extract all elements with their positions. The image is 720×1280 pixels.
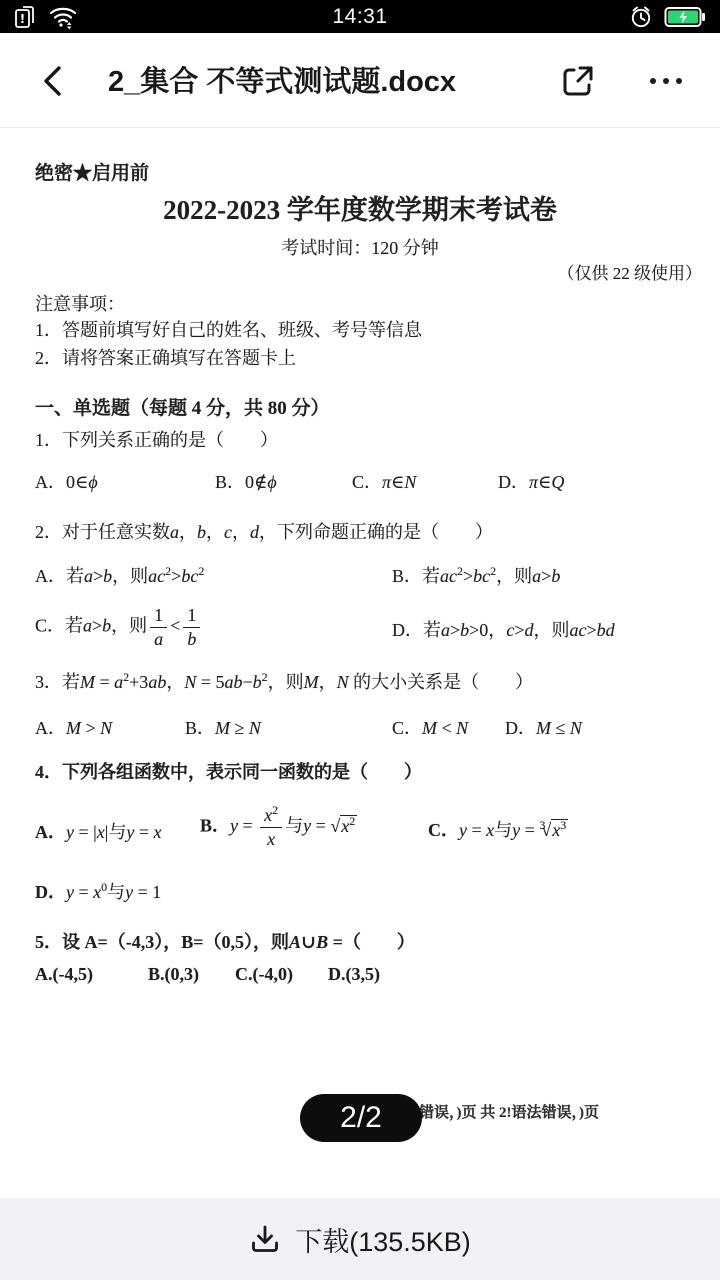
notice-item-1: 1．答题前填写好自己的姓名、班级、考号等信息 — [35, 316, 422, 342]
q3-option-b: B．M ≥ N — [185, 714, 261, 740]
more-dot — [650, 78, 656, 84]
status-time: 14:31 — [0, 5, 720, 29]
download-button[interactable]: 下载(135.5KB) — [0, 1198, 720, 1280]
q2-stem: 2．对于任意实数a，b，c，d，下列命题正确的是（ ） — [35, 518, 493, 544]
q4-stem: 4．下列各组函数中，表示同一函数的是（ ） — [35, 758, 422, 784]
screen: ! 14:31 — [0, 0, 720, 1280]
more-dot — [676, 78, 682, 84]
q4-option-c: C．y = x与y = 3√x3 — [428, 816, 568, 842]
q1-stem: 1．下列关系正确的是（ ） — [35, 426, 278, 452]
q2-option-d: D．若a>b>0，c>d，则ac>bd — [392, 616, 615, 642]
q5-option-b: B.(0,3) — [148, 964, 199, 985]
section-heading: 一、单选题（每题 4 分，共 80 分） — [35, 393, 330, 420]
q2-option-c: C．若a>b，则1a<1b — [35, 606, 203, 649]
q3-option-c: C．M < N — [392, 714, 468, 740]
q1-option-a: A．0∈ϕ — [35, 468, 98, 494]
download-icon — [249, 1223, 281, 1255]
more-options-button[interactable] — [642, 63, 690, 99]
q4-option-b: B．y = x2x与y = √x2 — [200, 806, 357, 849]
q2-option-b: B．若ac2>bc2，则a>b — [392, 562, 560, 588]
q1-option-b: B．0∉ϕ — [215, 468, 277, 494]
document-title: 2_集合 不等式测试题.docx — [108, 59, 538, 100]
notice-item-2: 2．请将答案正确填写在答题卡上 — [35, 344, 296, 370]
q1-option-d: D．π∈Q — [498, 468, 564, 494]
q5-stem: 5．设 A=（-4,3），B=（0,5），则A∪B =（ ） — [35, 928, 415, 954]
q5-option-a: A.(-4,5) — [35, 964, 93, 985]
app-header: 2_集合 不等式测试题.docx — [0, 33, 720, 128]
q1-option-c: C．π∈N — [352, 468, 416, 494]
q3-option-a: A．M > N — [35, 714, 112, 740]
download-label: 下载(135.5KB) — [295, 1220, 471, 1259]
page-indicator-label: 2/2 — [340, 1101, 382, 1135]
q5-option-c: C.(-4,0) — [235, 964, 293, 985]
q2-option-a: A．若a>b，则ac2>bc2 — [35, 562, 204, 588]
classification-label: 绝密★启用前 — [35, 158, 149, 185]
audience-note: （仅供 22 级使用） — [558, 259, 703, 284]
q5-option-d: D.(3,5) — [328, 964, 380, 985]
q3-stem: 3．若M = a2+3ab，N = 5ab−b2，则M，N 的大小关系是（ ） — [35, 668, 533, 694]
more-dot — [663, 78, 669, 84]
page-indicator: 2/2 — [300, 1094, 422, 1142]
notice-heading: 注意事项： — [35, 290, 125, 316]
status-bar: ! 14:31 — [0, 0, 720, 33]
open-external-button[interactable] — [560, 63, 596, 99]
exam-title: 2022-2023 学年度数学期末考试卷 — [0, 188, 720, 227]
back-button[interactable] — [36, 63, 72, 99]
q4-option-d: D．y = x0与y = 1 — [35, 878, 161, 904]
footer-artifact-text: 法错误，)页 共 2!语法错误，)页 — [404, 1101, 599, 1122]
document-page[interactable]: 绝密★启用前 2022-2023 学年度数学期末考试卷 考试时间：120 分钟 … — [0, 128, 720, 1198]
exam-time: 考试时间：120 分钟 — [0, 234, 720, 260]
q3-option-d: D．M ≤ N — [505, 714, 582, 740]
q4-option-a: A．y = |x|与y = x — [35, 818, 162, 844]
